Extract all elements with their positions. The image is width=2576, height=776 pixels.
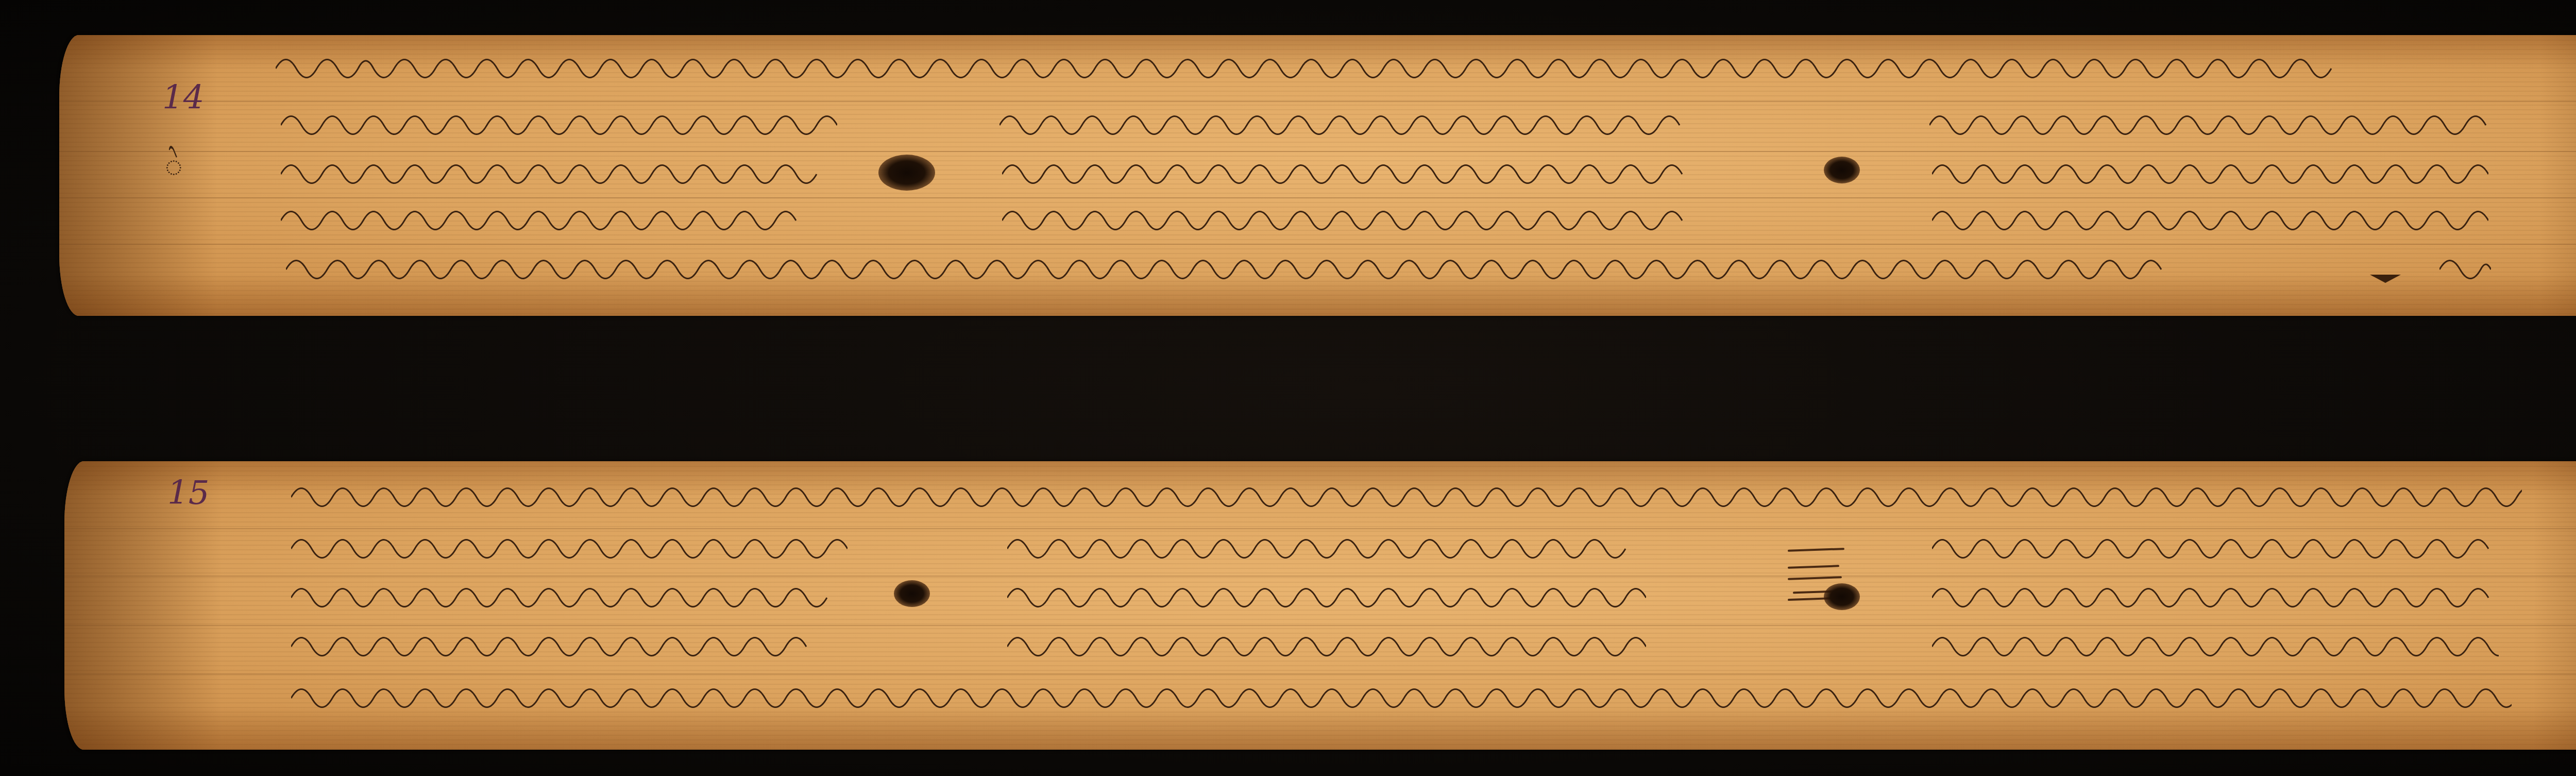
manuscript-line-3-col-2 <box>1002 146 1687 192</box>
manuscript-line-3-col-3 <box>1932 569 2494 616</box>
manuscript-line-2-col-2 <box>1007 520 1641 567</box>
handwritten-script <box>276 40 2491 87</box>
handwritten-script <box>1932 618 2499 665</box>
handwritten-script <box>281 192 811 239</box>
palm-leaf-top: 14 ᬂ <box>59 35 2576 316</box>
handwritten-script <box>1929 97 2491 143</box>
manuscript-line-1 <box>276 40 2491 87</box>
binding-hole-right <box>1824 157 1860 183</box>
binding-hole-right <box>1824 583 1860 610</box>
handwritten-script <box>1002 192 1687 239</box>
manuscript-line-4-col-3 <box>1932 618 2499 665</box>
manuscript-line-4-col-2 <box>1007 618 1646 665</box>
handwritten-script <box>1007 618 1646 665</box>
manuscript-line-2-col-3 <box>1929 97 2491 143</box>
folio-number: 14 <box>162 81 204 114</box>
manuscript-line-4-col-3 <box>1932 192 2488 239</box>
manuscript-line-2-col-2 <box>999 97 1685 143</box>
handwritten-script <box>2439 241 2491 288</box>
manuscript-line-3-col-3 <box>1932 146 2488 192</box>
handwritten-script <box>281 146 827 192</box>
handwritten-script <box>281 97 837 143</box>
handwritten-script <box>1007 520 1641 567</box>
handwritten-script <box>1932 192 2488 239</box>
end-section-mark <box>2370 275 2401 283</box>
manuscript-line-2-col-1 <box>291 520 848 567</box>
handwritten-script <box>291 520 848 567</box>
handwritten-script <box>1932 146 2488 192</box>
handwritten-script <box>1007 569 1646 616</box>
manuscript-line-1 <box>291 469 2522 515</box>
manuscript-line-3-col-2 <box>1007 569 1646 616</box>
binding-hole-left <box>894 580 930 607</box>
manuscript-line-5-end-glyph <box>2439 241 2491 288</box>
handwritten-script <box>1932 520 2494 567</box>
manuscript-line-3-col-1 <box>291 569 832 616</box>
manuscript-line-4-col-1 <box>281 192 811 239</box>
handwritten-script <box>291 670 2512 716</box>
folio-number: 15 <box>167 477 209 510</box>
handwritten-script <box>286 241 2223 288</box>
manuscript-line-4-col-2 <box>1002 192 1687 239</box>
manuscript-line-5 <box>286 241 2223 288</box>
palm-leaf-bottom: 15 <box>64 461 2576 750</box>
handwritten-script <box>1932 569 2494 616</box>
manuscript-line-3-col-1 <box>281 146 827 192</box>
binding-hole-left <box>878 155 935 191</box>
handwritten-script <box>291 618 822 665</box>
folio-script-numeral: ᬂ <box>165 151 182 181</box>
handwritten-script <box>291 569 832 616</box>
manuscript-line-5 <box>291 670 2512 716</box>
handwritten-script <box>1002 146 1687 192</box>
handwritten-script <box>999 97 1685 143</box>
manuscript-line-4-col-1 <box>291 618 822 665</box>
handwritten-script <box>291 469 2522 515</box>
manuscript-line-2-col-3 <box>1932 520 2494 567</box>
manuscript-line-2-col-1 <box>281 97 837 143</box>
